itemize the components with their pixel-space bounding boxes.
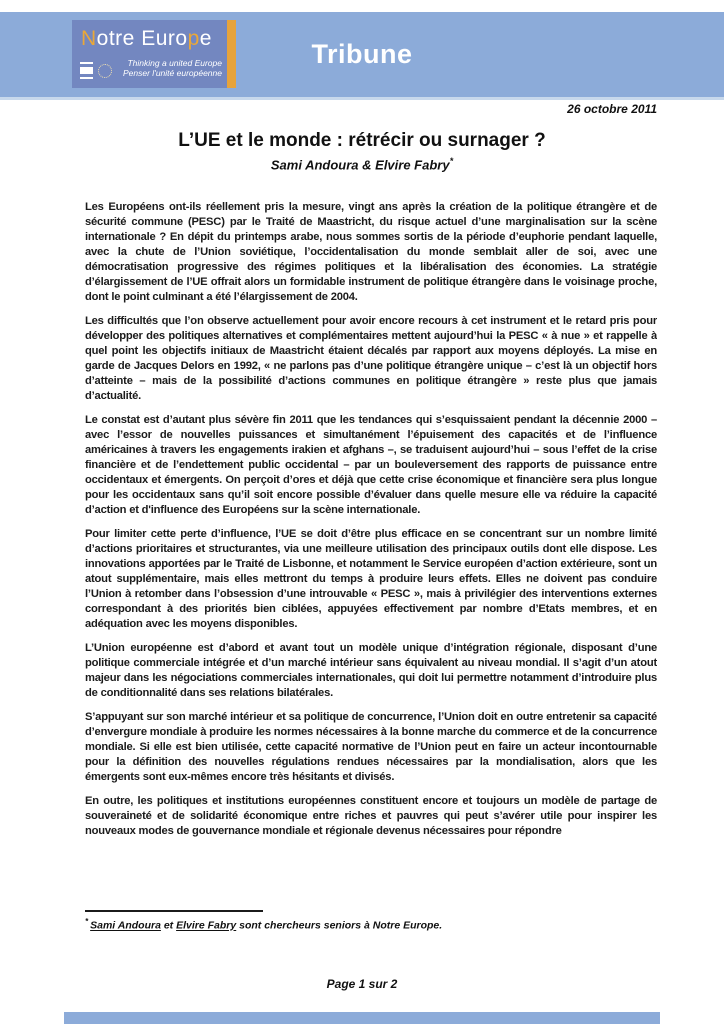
- paragraph-3: Le constat est d’autant plus sévère fin …: [85, 413, 657, 518]
- paragraph-2: Les difficultés que l’on observe actuell…: [85, 314, 657, 404]
- footnote-rest-text: sont chercheurs seniors à Notre Europe.: [236, 920, 442, 932]
- footer-banner: [64, 1012, 660, 1024]
- byline-authors: Sami Andoura & Elvire Fabry: [271, 157, 450, 172]
- byline: Sami Andoura & Elvire Fabry*: [0, 156, 724, 172]
- author-link-elvire-fabry[interactable]: Elvire Fabry: [176, 920, 236, 932]
- page-number: Page 1 sur 2: [0, 977, 724, 991]
- article-title: L’UE et le monde : rétrécir ou surnager …: [0, 130, 724, 152]
- paragraph-1: Les Européens ont-ils réellement pris la…: [85, 200, 657, 305]
- document-date: 26 octobre 2011: [567, 102, 657, 116]
- footnote-mark: *: [85, 917, 88, 926]
- document-page: Notre Europe Thinking a united Europe Pe…: [0, 0, 724, 1024]
- byline-footnote-mark: *: [450, 156, 454, 166]
- paragraph-4: Pour limiter cette perte d’influence, l’…: [85, 527, 657, 632]
- footnote: *Sami Andoura et Elvire Fabry sont cherc…: [85, 917, 645, 932]
- paragraph-7: En outre, les politiques et institutions…: [85, 794, 657, 839]
- paragraph-6: S’appuyant sur son marché intérieur et s…: [85, 710, 657, 785]
- paragraph-5: L’Union européenne est d’abord et avant …: [85, 641, 657, 701]
- article-body: Les Européens ont-ils réellement pris la…: [85, 200, 657, 906]
- header-banner: Notre Europe Thinking a united Europe Pe…: [0, 12, 724, 100]
- footnote-separator: [85, 910, 263, 912]
- banner-title: Tribune: [0, 39, 724, 70]
- footnote-mid-text: et: [161, 920, 176, 932]
- author-link-sami-andoura[interactable]: Sami Andoura: [90, 920, 161, 932]
